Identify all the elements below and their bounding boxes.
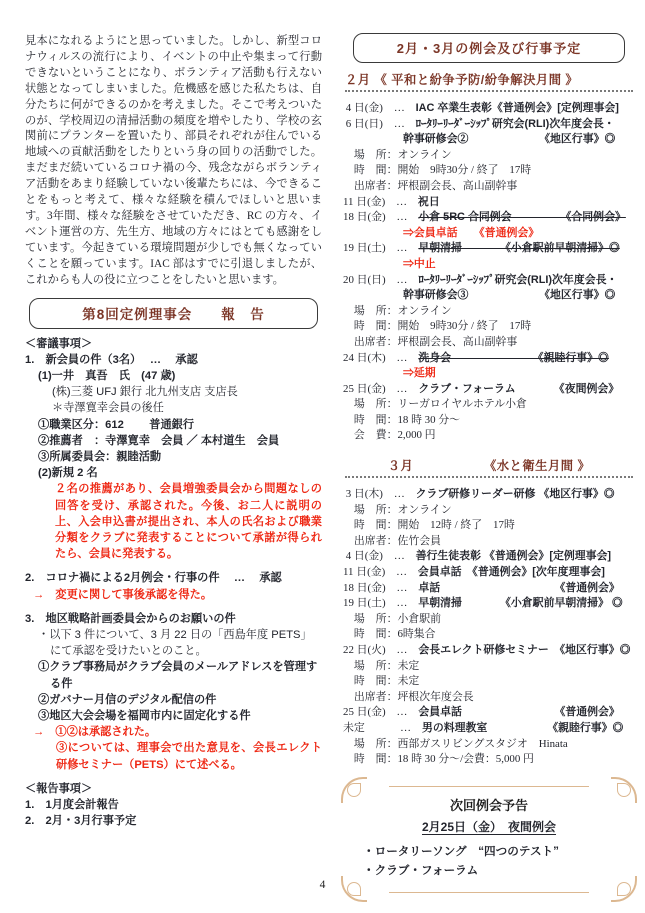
schedule-line: 時 間：18 時 30 分～/会費：5,000 円: [343, 752, 635, 768]
notice-date-line: 2月25日（金） 夜間例会: [359, 818, 619, 835]
report-line: [25, 603, 322, 611]
report-line: ①職業区分：612 普通銀行: [38, 417, 322, 433]
left-column: 見本になれるようにと思っていました。しかし、新型コロナウィルスの流行により、イベ…: [25, 34, 322, 829]
schedule-line: 会 費：2,000 円: [343, 428, 635, 444]
report-line: → ①②は承認された。: [33, 724, 322, 740]
schedule-line: 18 日(金) … 卓話 《普通例会》: [343, 581, 635, 597]
schedule-line: 場 所：小倉駅前: [343, 612, 635, 628]
schedule-line: 場 所：西部ガスリビングスタジオ Hinata: [343, 737, 635, 753]
schedule-line: 場 所：オンライン: [343, 304, 635, 320]
schedule-line: 出席者：坪根次年度会長: [343, 690, 635, 706]
schedule-line: 6 日(日) … ﾛｰﾀﾘｰﾘｰﾀﾞｰｼｯﾌﾟ研究会(RLI)次年度会長・: [343, 117, 635, 133]
schedule-line: 時 間：開始 9時30分 / 終了 17時: [343, 319, 635, 335]
page-number: 4: [0, 879, 645, 891]
schedule-line: 25 日(金) … クラブ・フォーラム 《夜間例会》: [343, 382, 635, 398]
schedule-line: 場 所：オンライン: [343, 503, 635, 519]
schedule-line: 未定 … 男の料理教室 《親睦行事》◎: [343, 721, 635, 737]
march-schedule-list: 3 日(木) … クラブ研修リーダー研修 《地区行事》◎ 場 所：オンライン 時…: [343, 487, 635, 768]
schedule-line: ⇒会員卓話 《普通例会》: [403, 226, 635, 242]
schedule-line: 幹事研修会③ 《地区行事》◎: [403, 288, 635, 304]
schedule-line: 19 日(土) … 早朝清掃 《小倉駅前早朝清掃》 ◎: [343, 596, 635, 612]
report-line: [25, 773, 322, 781]
right-column: 2月・3月の例会及び行事予定 ２月 《 平和と紛争予防/紛争解決月間 》 4 日…: [343, 33, 635, 896]
board-meeting-report-title: 第8回定例理事会 報 告: [29, 298, 318, 329]
march-month-header: ３月 《水と衛生月間 》: [345, 456, 633, 478]
report-line: ①クラブ事務局がクラブ会員のメールアドレスを管理する件: [38, 659, 322, 691]
notice-title: 次回例会予告: [359, 795, 619, 814]
report-line: ③所属委員会：親睦活動: [38, 449, 322, 465]
schedule-line: 出席者：坪根副会長、高山副幹事: [343, 335, 635, 351]
schedule-line: 19 日(土) … 早朝清掃 《小倉駅前早朝清掃》◎: [343, 241, 635, 257]
schedule-line: 幹事研修会② 《地区行事》◎: [403, 132, 635, 148]
intro-paragraph: 見本になれるようにと思っていました。しかし、新型コロナウィルスの流行により、イベ…: [25, 34, 322, 289]
schedule-line: 時 間：6時集合: [343, 627, 635, 643]
report-line: ③については、理事会で出た意見を、会長エレクト研修セミナー（PETS）にて述べる…: [56, 740, 322, 772]
report-line: ＜報告事項＞: [25, 781, 322, 797]
report-line: (2)新規 2 名: [38, 465, 322, 481]
schedule-line: ⇒中止: [403, 257, 635, 273]
report-line: 2. 2月・3月行事予定: [25, 813, 322, 829]
schedule-line: 3 日(木) … クラブ研修リーダー研修 《地区行事》◎: [343, 487, 635, 503]
report-line: (1)一井 真吾 氏 (47 歳): [38, 368, 322, 384]
notice-item: ・クラブ・フォーラム: [363, 861, 619, 880]
schedule-line: 11 日(金) … 会員卓話 《普通例会》[次年度理事会]: [343, 565, 635, 581]
february-schedule-list: 4 日(金) … IAC 卒業生表彰《普通例会》[定例理事会] 6 日(日) ……: [343, 101, 635, 444]
report-line: (株)三菱 UFJ 銀行 北九州支店 支店長: [52, 384, 322, 400]
schedule-line: 18 日(金) … 小倉 5RC 合同例会 《合同例会》: [343, 210, 635, 226]
schedule-line: 出席者：坪根副会長、高山副幹事: [343, 179, 635, 195]
schedule-line: 時 間：開始 12時 / 終了 17時: [343, 518, 635, 534]
report-line: [25, 562, 322, 570]
schedule-line: 場 所：オンライン: [343, 148, 635, 164]
report-line: ２名の推薦があり、会員増強委員会から問題なしの回答を受け、承認された。今後、お二…: [55, 481, 322, 562]
schedule-line: 出席者：佐竹会員: [343, 534, 635, 550]
notice-item: ・ロータリーソング “四つのテスト”: [363, 842, 619, 861]
report-line: ・以下 3 件について、3 月 22 日の「西島年度 PETS」にて承認を受けた…: [38, 627, 322, 659]
notice-item-list: ・ロータリーソング “四つのテスト”・クラブ・フォーラム: [359, 842, 619, 880]
schedule-line: ⇒延期: [403, 366, 635, 382]
report-line: → 変更に関して事後承認を得た。: [33, 587, 322, 603]
report-line: 1. 新会員の件（3名） … 承認: [25, 352, 322, 368]
board-report-body: ＜審議事項＞1. 新会員の件（3名） … 承認(1)一井 真吾 氏 (47 歳)…: [25, 336, 322, 830]
schedule-line: 時 間：開始 9時30分 / 終了 17時: [343, 163, 635, 179]
schedule-line: 4 日(金) … IAC 卒業生表彰《普通例会》[定例理事会]: [343, 101, 635, 117]
schedule-line: 11 日(金) … 祝日: [343, 195, 635, 211]
schedule-line: 場 所：未定: [343, 659, 635, 675]
schedule-title-box: 2月・3月の例会及び行事予定: [353, 33, 625, 63]
schedule-line: 時 間：未定: [343, 674, 635, 690]
schedule-line: 4 日(金) … 善行生徒表彰 《普通例会》[定例理事会]: [343, 549, 635, 565]
schedule-line: 25 日(金) … 会員卓話 《普通例会》: [343, 705, 635, 721]
february-month-header: ２月 《 平和と紛争予防/紛争解決月間 》: [345, 70, 633, 92]
schedule-line: 22 日(火) … 会長エレクト研修セミナー 《地区行事》◎: [343, 643, 635, 659]
report-line: 1. 1月度会計報告: [25, 797, 322, 813]
report-line: ②ガバナー月信のデジタル配信の件: [38, 692, 322, 708]
report-line: ＜審議事項＞: [25, 336, 322, 352]
report-line: 2. コロナ禍による2月例会・行事の件 … 承認: [25, 570, 322, 586]
report-line: ②推薦者 ：寺澤寛幸 会員 ／ 本村道生 会員: [38, 433, 322, 449]
schedule-line: 24 日(木) … 洗身会 《親睦行事》◎: [343, 351, 635, 367]
report-line: ＊寺澤寛幸会員の後任: [52, 400, 322, 416]
schedule-line: 場 所：リーガロイヤルホテル小倉: [343, 397, 635, 413]
report-line: ③地区大会会場を福岡市内に固定化する件: [38, 708, 322, 724]
schedule-line: 時 間：18 時 30 分～: [343, 413, 635, 429]
schedule-line: 20 日(日) … ﾛｰﾀﾘｰﾘｰﾀﾞｰｼｯﾌﾟ研究会(RLI)次年度会長・: [343, 273, 635, 289]
bulletin-page: { "page_number": "4", "colors": { "headi…: [0, 0, 645, 913]
report-line: 3. 地区戦略計画委員会からのお願いの件: [25, 611, 322, 627]
